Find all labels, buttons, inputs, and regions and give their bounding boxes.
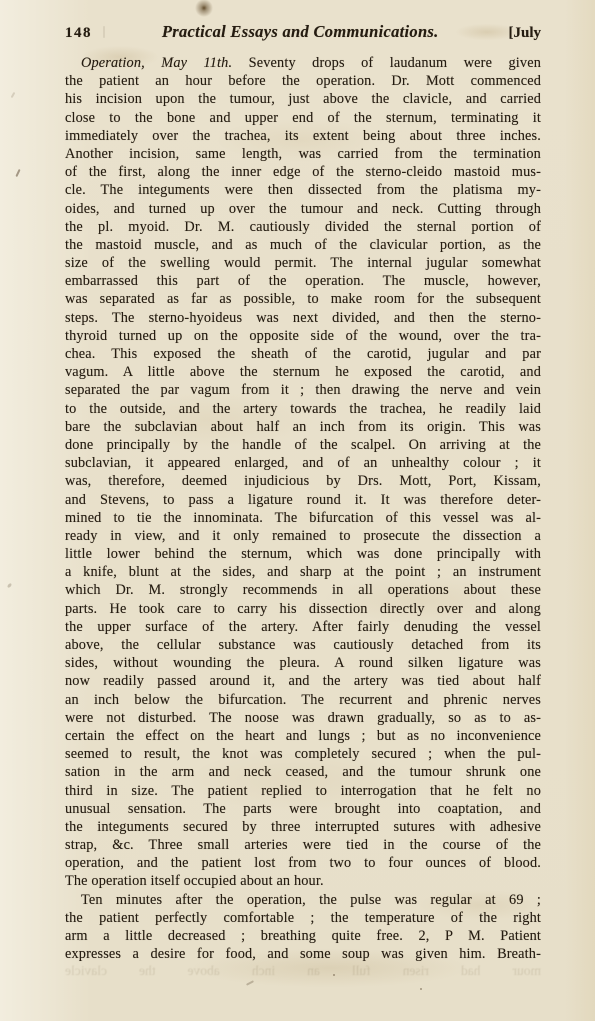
text-line: steps. The sterno-hyoideus was next divi… <box>65 309 541 327</box>
text-line: subclavian, it appeared enlarged, and of… <box>65 454 541 472</box>
text-line: was, therefore, deemed injudicious by Dr… <box>65 472 541 490</box>
text-line: Operation, May 11th. Seventy drops of la… <box>65 54 541 72</box>
text-line: vagum. A little above the sternum he exp… <box>65 363 541 381</box>
ink-speck <box>420 988 422 990</box>
paragraph-post-operative-report: Ten minutes after the operation, the pul… <box>65 891 541 964</box>
text-line: mined to tie the innominata. The bifurca… <box>65 509 541 527</box>
text-line: embarrassed this part of the operation. … <box>65 272 541 290</box>
text-block: Operation, May 11th. Seventy drops of la… <box>65 54 541 963</box>
page-number: 148 <box>65 25 92 42</box>
text-line: sides, without wounding the pleura. A ro… <box>65 654 541 672</box>
text-line: bare the subclavian about half an inch f… <box>65 418 541 436</box>
text-line: the upper surface of the artery. After f… <box>65 618 541 636</box>
text-line: Another incision, same length, was carri… <box>65 145 541 163</box>
text-line: to the outside, and the artery towards t… <box>65 400 541 418</box>
text-line: above, the cellular substance was cautio… <box>65 636 541 654</box>
text-line: close to the bone and upper end of the s… <box>65 109 541 127</box>
text-line: an inch below the bifurcation. The recur… <box>65 691 541 709</box>
text-line: the patient an hour before the operation… <box>65 72 541 90</box>
text-line: arm a little decreased ; breathing quite… <box>65 927 541 945</box>
text-line: chea. This exposed the sheath of the car… <box>65 345 541 363</box>
issue-label: [July <box>508 25 541 42</box>
text-line: now readily passed around it, and the ar… <box>65 672 541 690</box>
text-line: a knife, blunt at the sides, and sharp a… <box>65 563 541 581</box>
text-line: size of the swelling would permit. The i… <box>65 254 541 272</box>
text-line: seemed to result, the knot was completel… <box>65 745 541 763</box>
text-line: were not disturbed. The noose was drawn … <box>65 709 541 727</box>
running-title: Practical Essays and Communications. <box>92 22 508 42</box>
text-line: cle. The integuments were then dissected… <box>65 181 541 199</box>
text-line: third in size. The patient replied to in… <box>65 782 541 800</box>
text-line: the integuments secured by three interru… <box>65 818 541 836</box>
text-line: expresses a desire for food, and some so… <box>65 945 541 963</box>
text-line: of the first, along the inner edge of th… <box>65 163 541 181</box>
text-line: sation in the arm and neck ceased, and t… <box>65 763 541 781</box>
text-line: unusual sensation. The parts were brough… <box>65 800 541 818</box>
text-line: oides, and turned up over the tumour and… <box>65 200 541 218</box>
text-line: the pl. myoid. Dr. M. cautiously divided… <box>65 218 541 236</box>
text-line: his incision upon the tumour, just above… <box>65 90 541 108</box>
text-line: certain the effect on the heart and lung… <box>65 727 541 745</box>
text-line: immediately over the trachea, its extent… <box>65 127 541 145</box>
text-line: operation, and the patient lost from two… <box>65 854 541 872</box>
text-line: and Stevens, to pass a ligature round it… <box>65 491 541 509</box>
text-line: little lower behind the sternum, which w… <box>65 545 541 563</box>
text-line: was separated as far as possible, to mak… <box>65 290 541 308</box>
text-line: the mastoid muscle, and as much of the c… <box>65 236 541 254</box>
page-header: 148 Practical Essays and Communications.… <box>65 22 541 42</box>
bleed-through-text: mour had risen full an inch above the cl… <box>65 963 541 981</box>
text-line: separated the par vagum from it ; then d… <box>65 381 541 399</box>
text-line: strap, &c. Three small arteries were tie… <box>65 836 541 854</box>
paragraph-operation-account: Operation, May 11th. Seventy drops of la… <box>65 54 541 891</box>
text-line: The operation itself occupied about an h… <box>65 872 541 890</box>
text-line: which Dr. M. strongly recommends in all … <box>65 581 541 599</box>
text-line: parts. He took care to carry his dissect… <box>65 600 541 618</box>
text-line: ready in view, and it only remained to p… <box>65 527 541 545</box>
text-line: the patient perfectly comfortable ; the … <box>65 909 541 927</box>
text-line: thyroid turned up on the opposite side o… <box>65 327 541 345</box>
text-line: Ten minutes after the operation, the pul… <box>65 891 541 909</box>
text-line: done principally by the handle of the sc… <box>65 436 541 454</box>
